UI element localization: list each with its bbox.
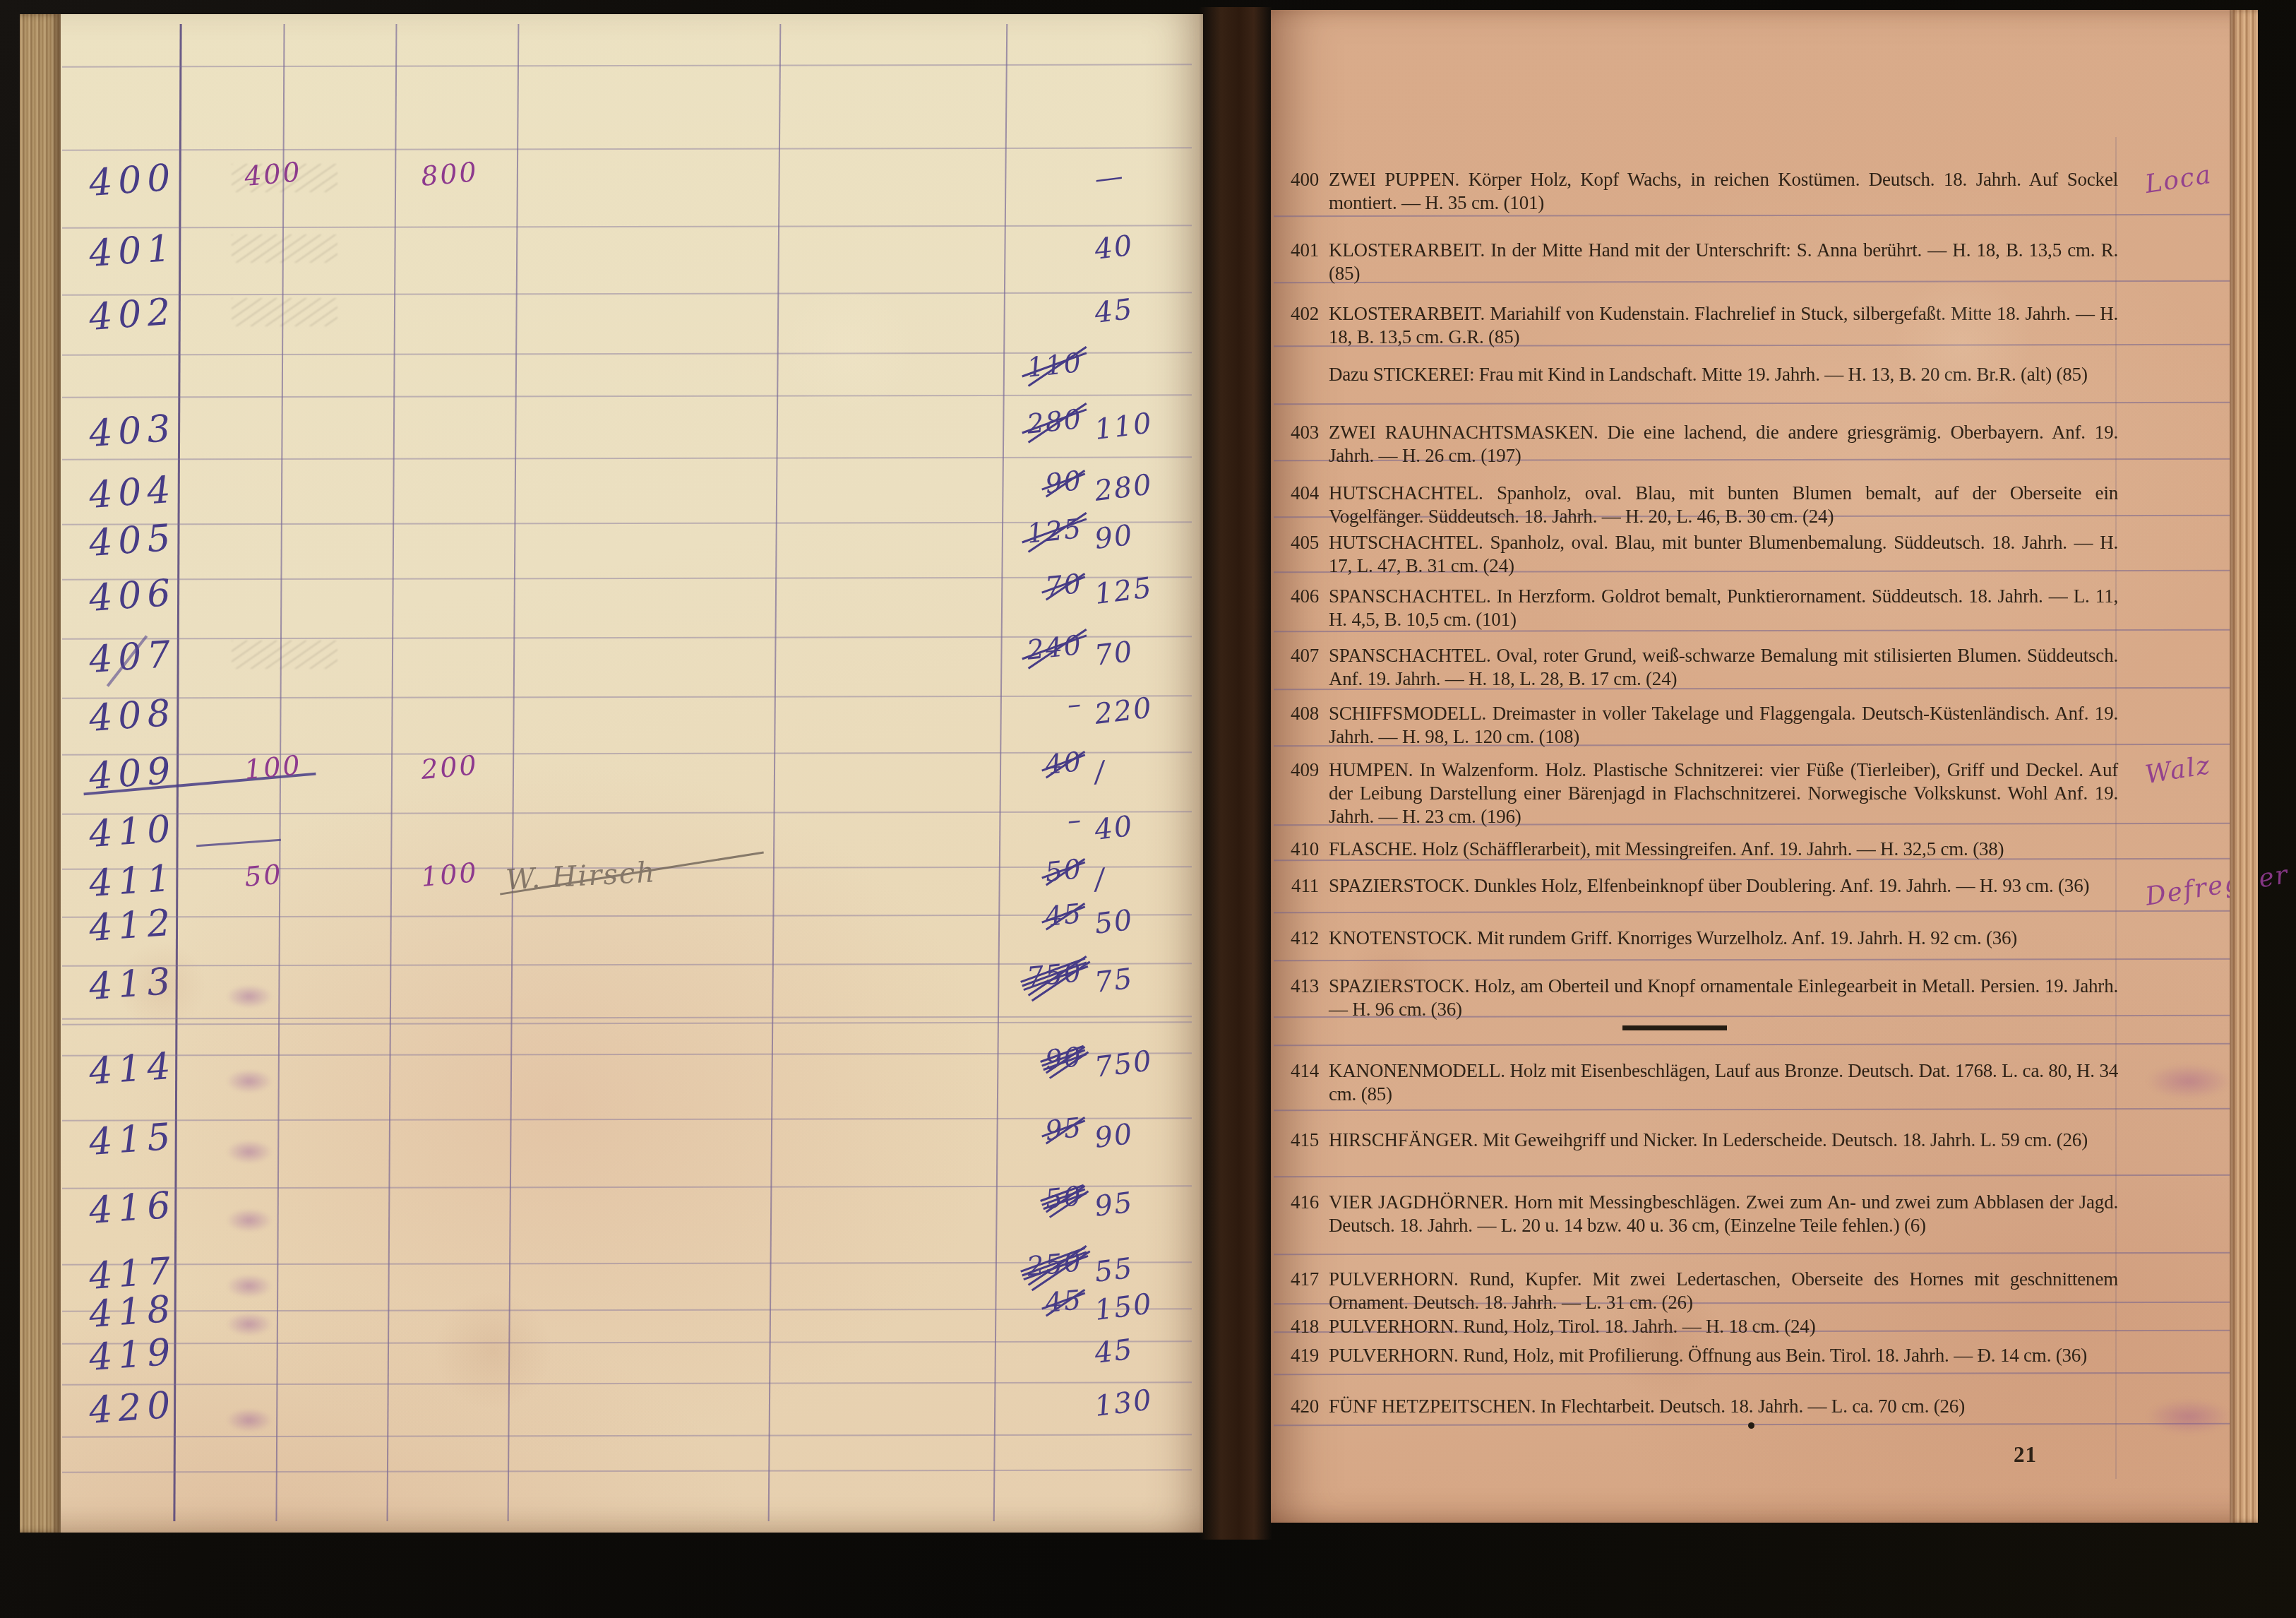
lot-number: 400 xyxy=(88,151,253,205)
catalog-entry: 417PULVERHORN. Rund, Kupfer. Mit zwei Le… xyxy=(1271,1268,2118,1314)
ledger-row: 40670125 xyxy=(20,572,1203,640)
ledger-row-rule xyxy=(62,64,1192,67)
price-final: 90 xyxy=(1093,1110,1202,1155)
lot-number: 412 xyxy=(88,896,253,950)
ledger-row: 41375075 xyxy=(20,960,1203,1028)
catalog-entry-number: 404 xyxy=(1272,482,1329,528)
catalog-entry-number: 411 xyxy=(1272,874,1329,898)
catalog-entry-number: 409 xyxy=(1272,759,1329,828)
catalog-row-rule xyxy=(1274,402,2255,405)
catalog-entry-text: SPANSCHACHTEL. In Herzform. Goldrot bema… xyxy=(1329,585,2118,631)
price-final: 750 xyxy=(1093,1039,1202,1084)
catalog-entry-number: 403 xyxy=(1272,421,1329,468)
margin-annotation: Loca xyxy=(2143,160,2213,199)
ledger-row: 40140 xyxy=(20,227,1203,295)
price-final: 40 xyxy=(1093,221,1202,266)
price-final: 70 xyxy=(1093,627,1202,672)
catalog-entry: 415HIRSCHFÄNGER. Mit Geweihgriff und Nic… xyxy=(1271,1129,2118,1152)
ledger-row: 4165095 xyxy=(20,1184,1203,1252)
catalog-entry-text: KLOSTERARBEIT. Mariahilf von Kudenstain.… xyxy=(1329,302,2118,349)
ink-offset-ghost xyxy=(226,985,273,1009)
ledger-row: 4159590 xyxy=(20,1116,1203,1184)
catalog-entry: 402KLOSTERARBEIT. Mariahilf von Kudensta… xyxy=(1271,302,2118,349)
catalog-entry-text: HUMPEN. In Walzenform. Holz. Plastische … xyxy=(1329,759,2118,828)
price-dash: – xyxy=(996,688,1084,727)
catalog-entry: 409HUMPEN. In Walzenform. Holz. Plastisc… xyxy=(1271,759,2118,828)
ledger-row-rule xyxy=(62,1469,1192,1473)
pencil-smudge-ghost xyxy=(232,641,337,669)
price-final: 75 xyxy=(1093,954,1202,999)
book-gutter xyxy=(1199,7,1272,1540)
bid-value-1: 100 xyxy=(243,746,344,785)
price-final: 55 xyxy=(1093,1244,1202,1289)
price-crossed-out: 50 xyxy=(996,853,1084,893)
catalog-entry-number: 413 xyxy=(1272,975,1329,1021)
lot-number: 410 xyxy=(88,802,253,856)
ledger-row: 400400800— xyxy=(20,157,1203,225)
catalog-entry-number: 407 xyxy=(1272,644,1329,691)
lot-number: 401 xyxy=(88,222,253,275)
catalog-entry-number xyxy=(1272,363,1329,386)
catalog-entry-number: 414 xyxy=(1272,1059,1329,1106)
catalog-row-rule xyxy=(1274,1252,2255,1255)
pencil-smudge-ghost xyxy=(232,164,337,192)
catalog-entry: Dazu STICKEREI: Frau mit Kind in Landsch… xyxy=(1271,363,2118,386)
pencil-smudge-ghost xyxy=(232,234,337,263)
catalog-entry-number: 420 xyxy=(1272,1395,1329,1418)
catalog-entry: 411SPAZIERSTOCK. Dunkles Holz, Elfenbein… xyxy=(1271,874,2118,898)
ink-offset-ghost xyxy=(226,1208,273,1232)
catalog-entry: 405HUTSCHACHTEL. Spanholz, oval. Blau, m… xyxy=(1271,531,2118,578)
price-final: 90 xyxy=(1093,511,1202,556)
catalog-entry: 419PULVERHORN. Rund, Holz, mit Profilier… xyxy=(1271,1344,2118,1367)
catalog-entry-text: ZWEI PUPPEN. Körper Holz, Kopf Wachs, in… xyxy=(1329,168,2118,215)
section-separator-rule xyxy=(1622,1025,1727,1030)
lot-number: 419 xyxy=(88,1326,253,1379)
price-crossed-out: 280 xyxy=(996,403,1084,443)
price-final: / xyxy=(1093,744,1202,789)
catalog-entry-number: 402 xyxy=(1272,302,1329,349)
price-final: / xyxy=(1093,851,1202,896)
catalog-entry-number: 406 xyxy=(1272,585,1329,631)
lot-number: 407 xyxy=(88,628,253,682)
catalog-entry-number: 419 xyxy=(1272,1344,1329,1367)
catalog-entry-text: FLASCHE. Holz (Schäfflerarbeit), mit Mes… xyxy=(1329,838,2118,861)
ink-offset-ghost xyxy=(226,1069,273,1093)
auction-ledger-book-scan: 400400800—401404024511040328011040490280… xyxy=(0,0,2296,1618)
price-final: 150 xyxy=(1093,1282,1202,1327)
page-number: 21 xyxy=(2014,1442,2037,1468)
catalog-entry-text: ZWEI RAUHNACHTSMASKEN. Die eine lachend,… xyxy=(1329,421,2118,468)
price-final: 45 xyxy=(1093,1325,1202,1370)
price-crossed-out: 125 xyxy=(996,513,1084,552)
ledger-row: 420130 xyxy=(20,1384,1203,1452)
catalog-entry-number: 415 xyxy=(1272,1129,1329,1152)
lot-number: 408 xyxy=(88,686,253,740)
catalog-entry: 401KLOSTERARBEIT. In der Mitte Hand mit … xyxy=(1271,239,2118,285)
catalog-entry: 418PULVERHORN. Rund, Holz, Tirol. 18. Ja… xyxy=(1271,1315,2118,1338)
catalog-entry-text: SPANSCHACHTEL. Oval, roter Grund, weiß-s… xyxy=(1329,644,2118,691)
ink-offset-ghost xyxy=(226,1140,273,1164)
price-crossed-out: 45 xyxy=(996,898,1084,937)
catalog-entry: 413SPAZIERSTOCK. Holz, am Oberteil und K… xyxy=(1271,975,2118,1021)
catalog-entry-text: SCHIFFSMODELL. Dreimaster in voller Take… xyxy=(1329,702,2118,749)
margin-annotation: Defregger xyxy=(2143,860,2291,912)
catalog-row-rule xyxy=(1274,1108,2255,1111)
catalog-entry: 414KANONENMODELL. Holz mit Eisenbeschläg… xyxy=(1271,1059,2118,1106)
price-crossed-out: 40 xyxy=(996,746,1084,785)
catalog-entry-text: KANONENMODELL. Holz mit Eisenbeschlägen,… xyxy=(1329,1059,2118,1106)
ledger-row: 40245 xyxy=(20,291,1203,359)
catalog-entry-number: 408 xyxy=(1272,702,1329,749)
catalog-entry-text: PULVERHORN. Rund, Kupfer. Mit zwei Leder… xyxy=(1329,1268,2118,1314)
catalog-entry: 420FÜNF HETZPEITSCHEN. In Flechtarbeit. … xyxy=(1271,1395,2118,1418)
price-final: 125 xyxy=(1093,566,1202,611)
catalog-entry-number: 412 xyxy=(1272,927,1329,950)
catalog-entry: 404HUTSCHACHTEL. Spanholz, oval. Blau, m… xyxy=(1271,482,2118,528)
pencil-name-note: W. Hirsch xyxy=(505,851,760,897)
price-final: 95 xyxy=(1093,1178,1202,1223)
catalog-entry-number: 416 xyxy=(1272,1191,1329,1237)
ink-offset-ghost xyxy=(226,1408,273,1432)
catalog-row-rule xyxy=(1274,958,2255,961)
catalog-entry-text: HUTSCHACHTEL. Spanholz, oval. Blau, mit … xyxy=(1329,531,2118,578)
ledger-page: 400400800—401404024511040328011040490280… xyxy=(20,14,1203,1533)
price-crossed-out: 250 xyxy=(996,1246,1084,1285)
price-crossed-out: 70 xyxy=(996,568,1084,607)
catalog-entry-text: PULVERHORN. Rund, Holz, Tirol. 18. Jahrh… xyxy=(1329,1315,2118,1338)
catalog-entry-number: 410 xyxy=(1272,838,1329,861)
catalog-entry-number: 400 xyxy=(1272,168,1329,215)
catalog-entry-text: SPAZIERSTOCK. Dunkles Holz, Elfenbeinkno… xyxy=(1329,874,2118,898)
catalog-entry-text: HIRSCHFÄNGER. Mit Geweihgriff und Nicker… xyxy=(1329,1129,2118,1152)
price-final: 220 xyxy=(1093,686,1202,731)
price-crossed-out: 90 xyxy=(996,1041,1084,1081)
catalog-row-rule xyxy=(1274,910,2255,913)
catalog-entry-number: 401 xyxy=(1272,239,1329,285)
lot-number: 405 xyxy=(88,511,253,565)
lot-number: 404 xyxy=(88,463,253,517)
lot-number: 406 xyxy=(88,566,253,620)
margin-ink-ghost xyxy=(2146,1399,2231,1434)
ledger-row: 403280110 xyxy=(20,408,1203,475)
catalog-entry: 406SPANSCHACHTEL. In Herzform. Goldrot b… xyxy=(1271,585,2118,631)
catalog-page: 400ZWEI PUPPEN. Körper Holz, Kopf Wachs,… xyxy=(1271,10,2258,1523)
price-final: 40 xyxy=(1093,802,1202,847)
price-crossed-out: 90 xyxy=(996,465,1084,504)
catalog-entry: 408SCHIFFSMODELL. Dreimaster in voller T… xyxy=(1271,702,2118,749)
price-final: 280 xyxy=(1093,463,1202,508)
catalog-entry: 407SPANSCHACHTEL. Oval, roter Grund, wei… xyxy=(1271,644,2118,691)
catalog-entry: 403ZWEI RAUHNACHTSMASKEN. Die eine lache… xyxy=(1271,421,2118,468)
lot-number: 403 xyxy=(88,402,253,456)
price-final: 130 xyxy=(1093,1378,1202,1423)
catalog-entry-number: 417 xyxy=(1272,1268,1329,1314)
footer-dot xyxy=(1748,1422,1754,1429)
price-crossed-out: 750 xyxy=(996,956,1084,996)
catalog-entry: 400ZWEI PUPPEN. Körper Holz, Kopf Wachs,… xyxy=(1271,168,2118,215)
catalog-entry: 410FLASCHE. Holz (Schäfflerarbeit), mit … xyxy=(1271,838,2118,861)
price-crossed-out: 240 xyxy=(996,629,1084,669)
price-final: — xyxy=(1093,150,1202,196)
catalog-entry-text: HUTSCHACHTEL. Spanholz, oval. Blau, mit … xyxy=(1329,482,2118,528)
bid-value-2: 800 xyxy=(419,153,520,192)
price-crossed-out: 95 xyxy=(996,1112,1084,1151)
price-crossed-out: 110 xyxy=(996,347,1084,386)
lot-number: 402 xyxy=(88,285,253,339)
bid-value-2: 200 xyxy=(419,746,520,785)
catalog-entry-text: KNOTENSTOCK. Mit rundem Griff. Knorriges… xyxy=(1329,927,2118,950)
bid-value-1: 50 xyxy=(243,853,344,893)
catalog-entry-text: SPAZIERSTOCK. Holz, am Oberteil und Knop… xyxy=(1329,975,2118,1021)
price-crossed-out: 50 xyxy=(996,1180,1084,1220)
catalog-entry-text: FÜNF HETZPEITSCHEN. In Flechtarbeit. Deu… xyxy=(1329,1395,2118,1418)
ledger-row: 41490750 xyxy=(20,1045,1203,1113)
catalog-row-rule xyxy=(1274,1423,2255,1426)
catalog-entry-number: 418 xyxy=(1272,1315,1329,1338)
catalog-entry: 416VIER JAGDHÖRNER. Horn mit Messingbesc… xyxy=(1271,1191,2118,1237)
catalog-entry-number: 405 xyxy=(1272,531,1329,578)
page-stack-edge-right xyxy=(2230,10,2258,1523)
catalog-entry-text: VIER JAGDHÖRNER. Horn mit Messingbeschlä… xyxy=(1329,1191,2118,1237)
price-final: 50 xyxy=(1093,896,1202,941)
margin-annotation: Walz xyxy=(2143,751,2213,790)
ledger-row-rule xyxy=(62,147,1192,150)
price-crossed-out: 45 xyxy=(996,1284,1084,1323)
price-final: 45 xyxy=(1093,285,1202,330)
pencil-smudge-ghost xyxy=(232,298,337,326)
catalog-row-rule xyxy=(1274,1043,2255,1046)
catalog-row-rule xyxy=(1274,1372,2255,1375)
catalog-entry-text: KLOSTERARBEIT. In der Mitte Hand mit der… xyxy=(1329,239,2118,285)
catalog-entry: 412KNOTENSTOCK. Mit rundem Griff. Knorri… xyxy=(1271,927,2118,950)
catalog-entry-text: Dazu STICKEREI: Frau mit Kind in Landsch… xyxy=(1329,363,2118,386)
price-dash: – xyxy=(996,804,1084,843)
margin-ink-ghost xyxy=(2146,1064,2231,1099)
catalog-entry-text: PULVERHORN. Rund, Holz, mit Profilierung… xyxy=(1329,1344,2118,1367)
catalog-row-rule xyxy=(1274,1174,2255,1177)
price-final: 110 xyxy=(1093,401,1202,446)
